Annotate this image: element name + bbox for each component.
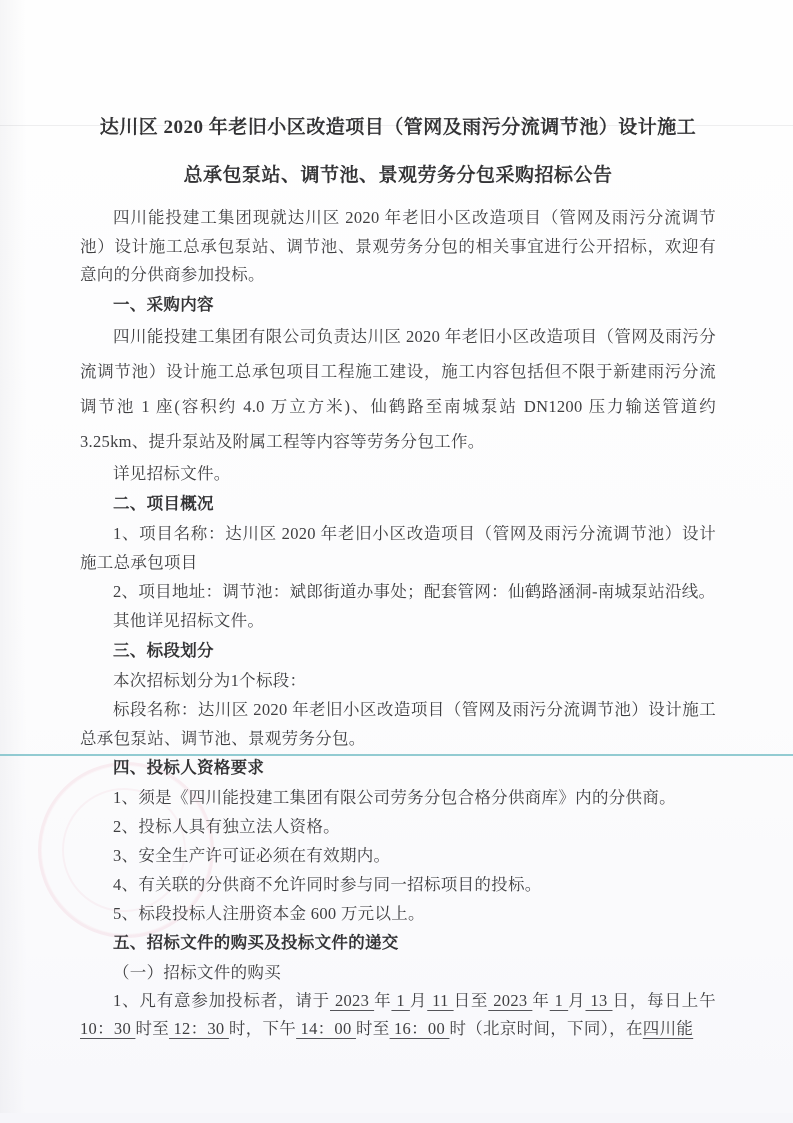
section4-req3: 3、安全生产许可证必须在有效期内。 [80, 841, 716, 870]
document-body: 达川区 2020 年老旧小区改造项目（管网及雨污分流调节池）设计施工 总承包泵站… [80, 104, 716, 1044]
scan-bottom-edge [0, 1113, 793, 1123]
section2-heading: 二、项目概况 [80, 489, 716, 519]
section4-req5: 5、标段投标人注册资本金 600 万元以上。 [80, 899, 716, 928]
section5-sub1: （一）招标文件的购买 [80, 958, 716, 987]
document-page: 达川区 2020 年老旧小区改造项目（管网及雨污分流调节池）设计施工 总承包泵站… [0, 0, 793, 1123]
section5-buy-paragraph: 1、凡有意参加投标者，请于 2023 年 1 月 11 日至 2023 年 1 … [80, 987, 716, 1044]
document-title-line2: 总承包泵站、调节池、景观劳务分包采购招标公告 [80, 152, 716, 200]
section1-see-file: 详见招标文件。 [80, 459, 716, 489]
section1-heading: 一、采购内容 [80, 290, 716, 319]
section4-heading: 四、投标人资格要求 [80, 753, 716, 783]
section3-heading: 三、标段划分 [80, 635, 716, 666]
section3-section-name: 标段名称：达川区 2020 年老旧小区改造项目（管网及雨污分流调节池）设计施工总… [80, 695, 716, 753]
document-title-line1: 达川区 2020 年老旧小区改造项目（管网及雨污分流调节池）设计施工 [80, 104, 716, 152]
section4-req4: 4、有关联的分供商不允许同时参与同一招标项目的投标。 [80, 870, 716, 899]
section3-division: 本次招标划分为1个标段： [80, 666, 716, 695]
section4-req1: 1、须是《四川能投建工集团有限公司劳务分包合格分供商库》内的分供商。 [80, 783, 716, 812]
section2-other: 其他详见招标文件。 [80, 606, 716, 635]
section1-body: 四川能投建工集团有限公司负责达川区 2020 年老旧小区改造项目（管网及雨污分流… [80, 319, 716, 459]
section4-req2: 2、投标人具有独立法人资格。 [80, 812, 716, 841]
section5-heading: 五、招标文件的购买及投标文件的递交 [80, 928, 716, 958]
section2-item-project-address: 2、项目地址：调节池：斌郎街道办事处；配套管网：仙鹤路涵洞-南城泵站沿线。 [80, 577, 716, 606]
section2-item-project-name: 1、项目名称：达川区 2020 年老旧小区改造项目（管网及雨污分流调节池）设计施… [80, 519, 716, 577]
intro-paragraph: 四川能投建工集团现就达川区 2020 年老旧小区改造项目（管网及雨污分流调节池）… [80, 204, 716, 290]
